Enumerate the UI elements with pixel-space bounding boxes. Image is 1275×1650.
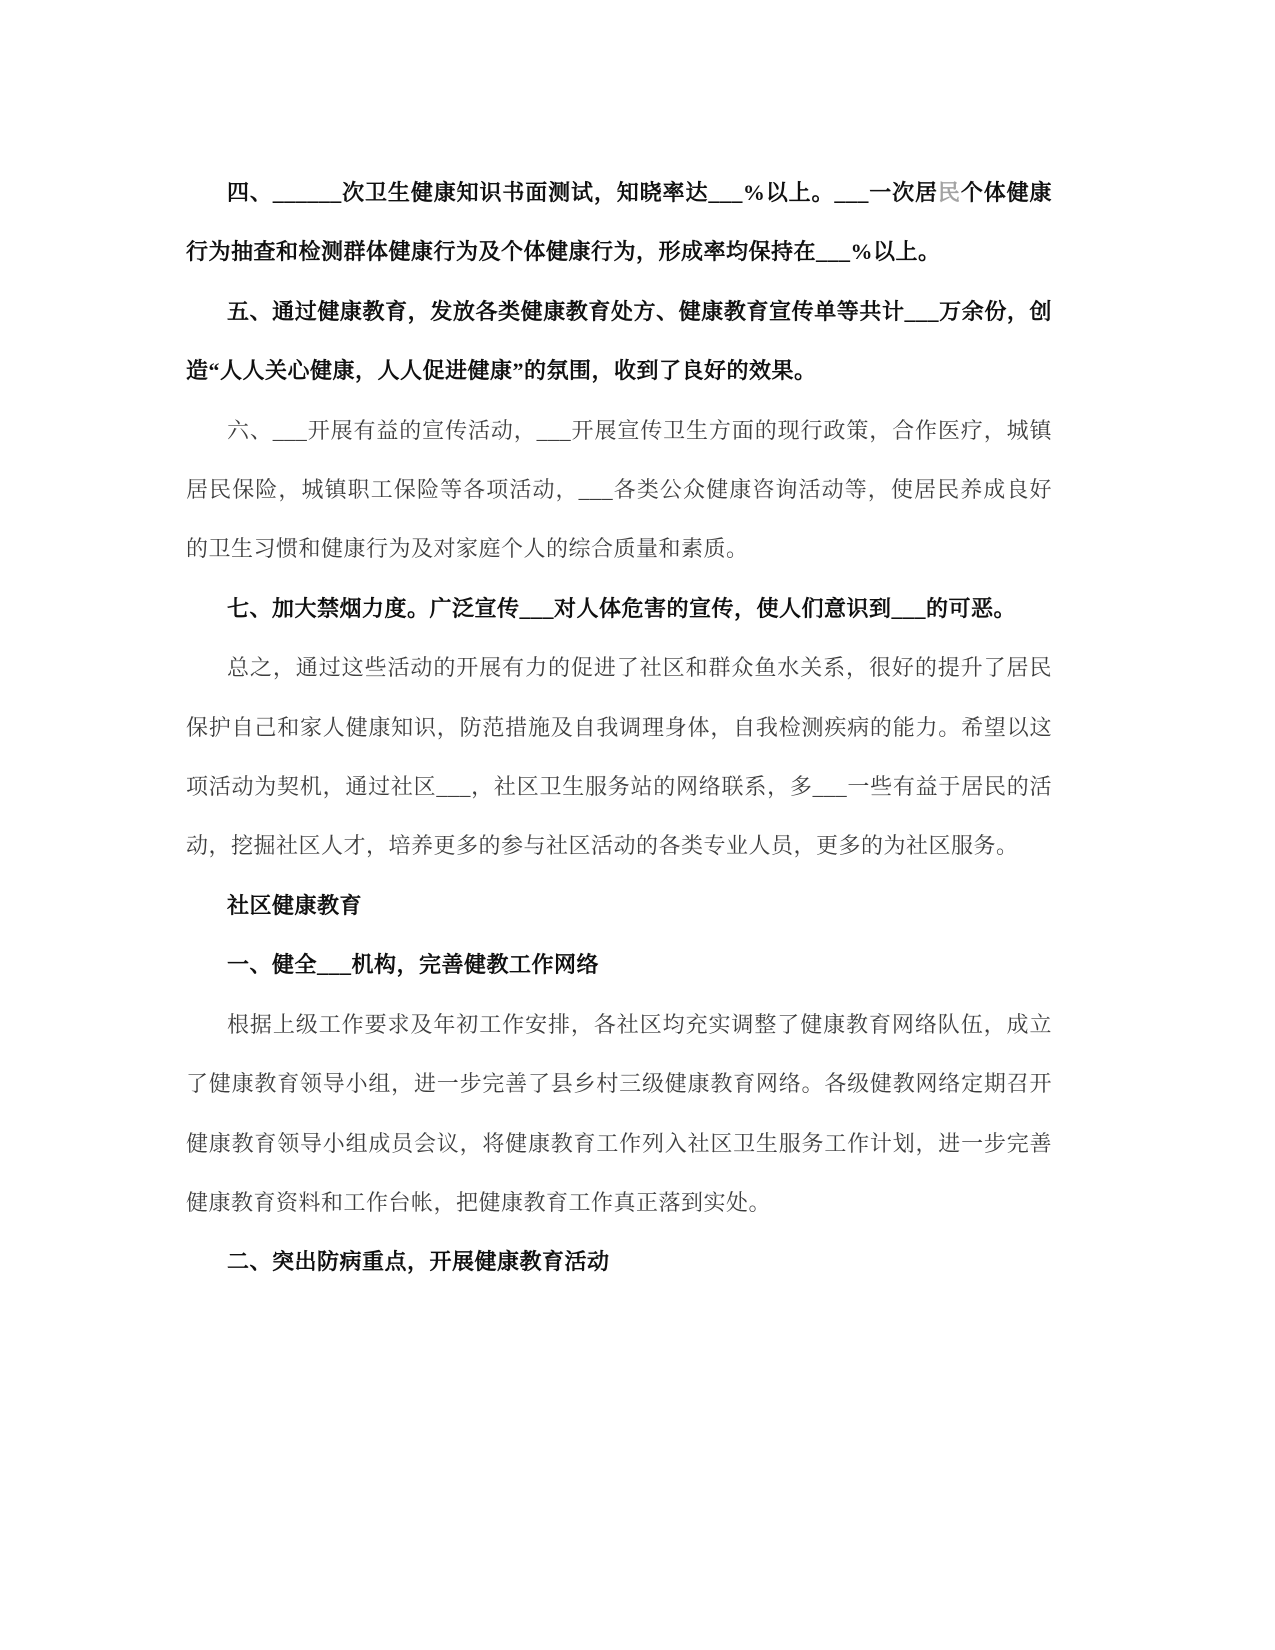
paragraph-network-body: 根据上级工作要求及年初工作安排，各社区均充实调整了健康教育网络队伍，成立了健康教…: [186, 995, 1052, 1233]
document-page: 四、______次卫生健康知识书面测试，知晓率达___%以上。___一次居民个体…: [0, 0, 1275, 1650]
document-text-block: 四、______次卫生健康知识书面测试，知晓率达___%以上。___一次居民个体…: [186, 163, 1052, 1292]
paragraph-item-seven: 七、加大禁烟力度。广泛宣传___对人体危害的宣传，使人们意识到___的可恶。: [186, 579, 1052, 638]
paragraph-item-six: 六、___开展有益的宣传活动，___开展宣传卫生方面的现行政策，合作医疗，城镇居…: [186, 401, 1052, 579]
paragraph-item-five: 五、通过健康教育，发放各类健康教育处方、健康教育宣传单等共计___万余份，创造“…: [186, 282, 1052, 401]
paragraph-summary: 总之，通过这些活动的开展有力的促进了社区和群众鱼水关系，很好的提升了居民保护自己…: [186, 638, 1052, 876]
paragraph-item-four: 四、______次卫生健康知识书面测试，知晓率达___%以上。___一次居民个体…: [186, 163, 1052, 282]
paragraph-item-four-text-before: 四、______次卫生健康知识书面测试，知晓率达___%以上。___一次居: [227, 180, 938, 205]
heading-two: 二、突出防病重点，开展健康教育活动: [186, 1232, 1052, 1291]
paragraph-item-four-gray-char: 民: [938, 180, 961, 205]
section-title: 社区健康教育: [186, 876, 1052, 935]
heading-one: 一、健全___机构，完善健教工作网络: [186, 935, 1052, 994]
